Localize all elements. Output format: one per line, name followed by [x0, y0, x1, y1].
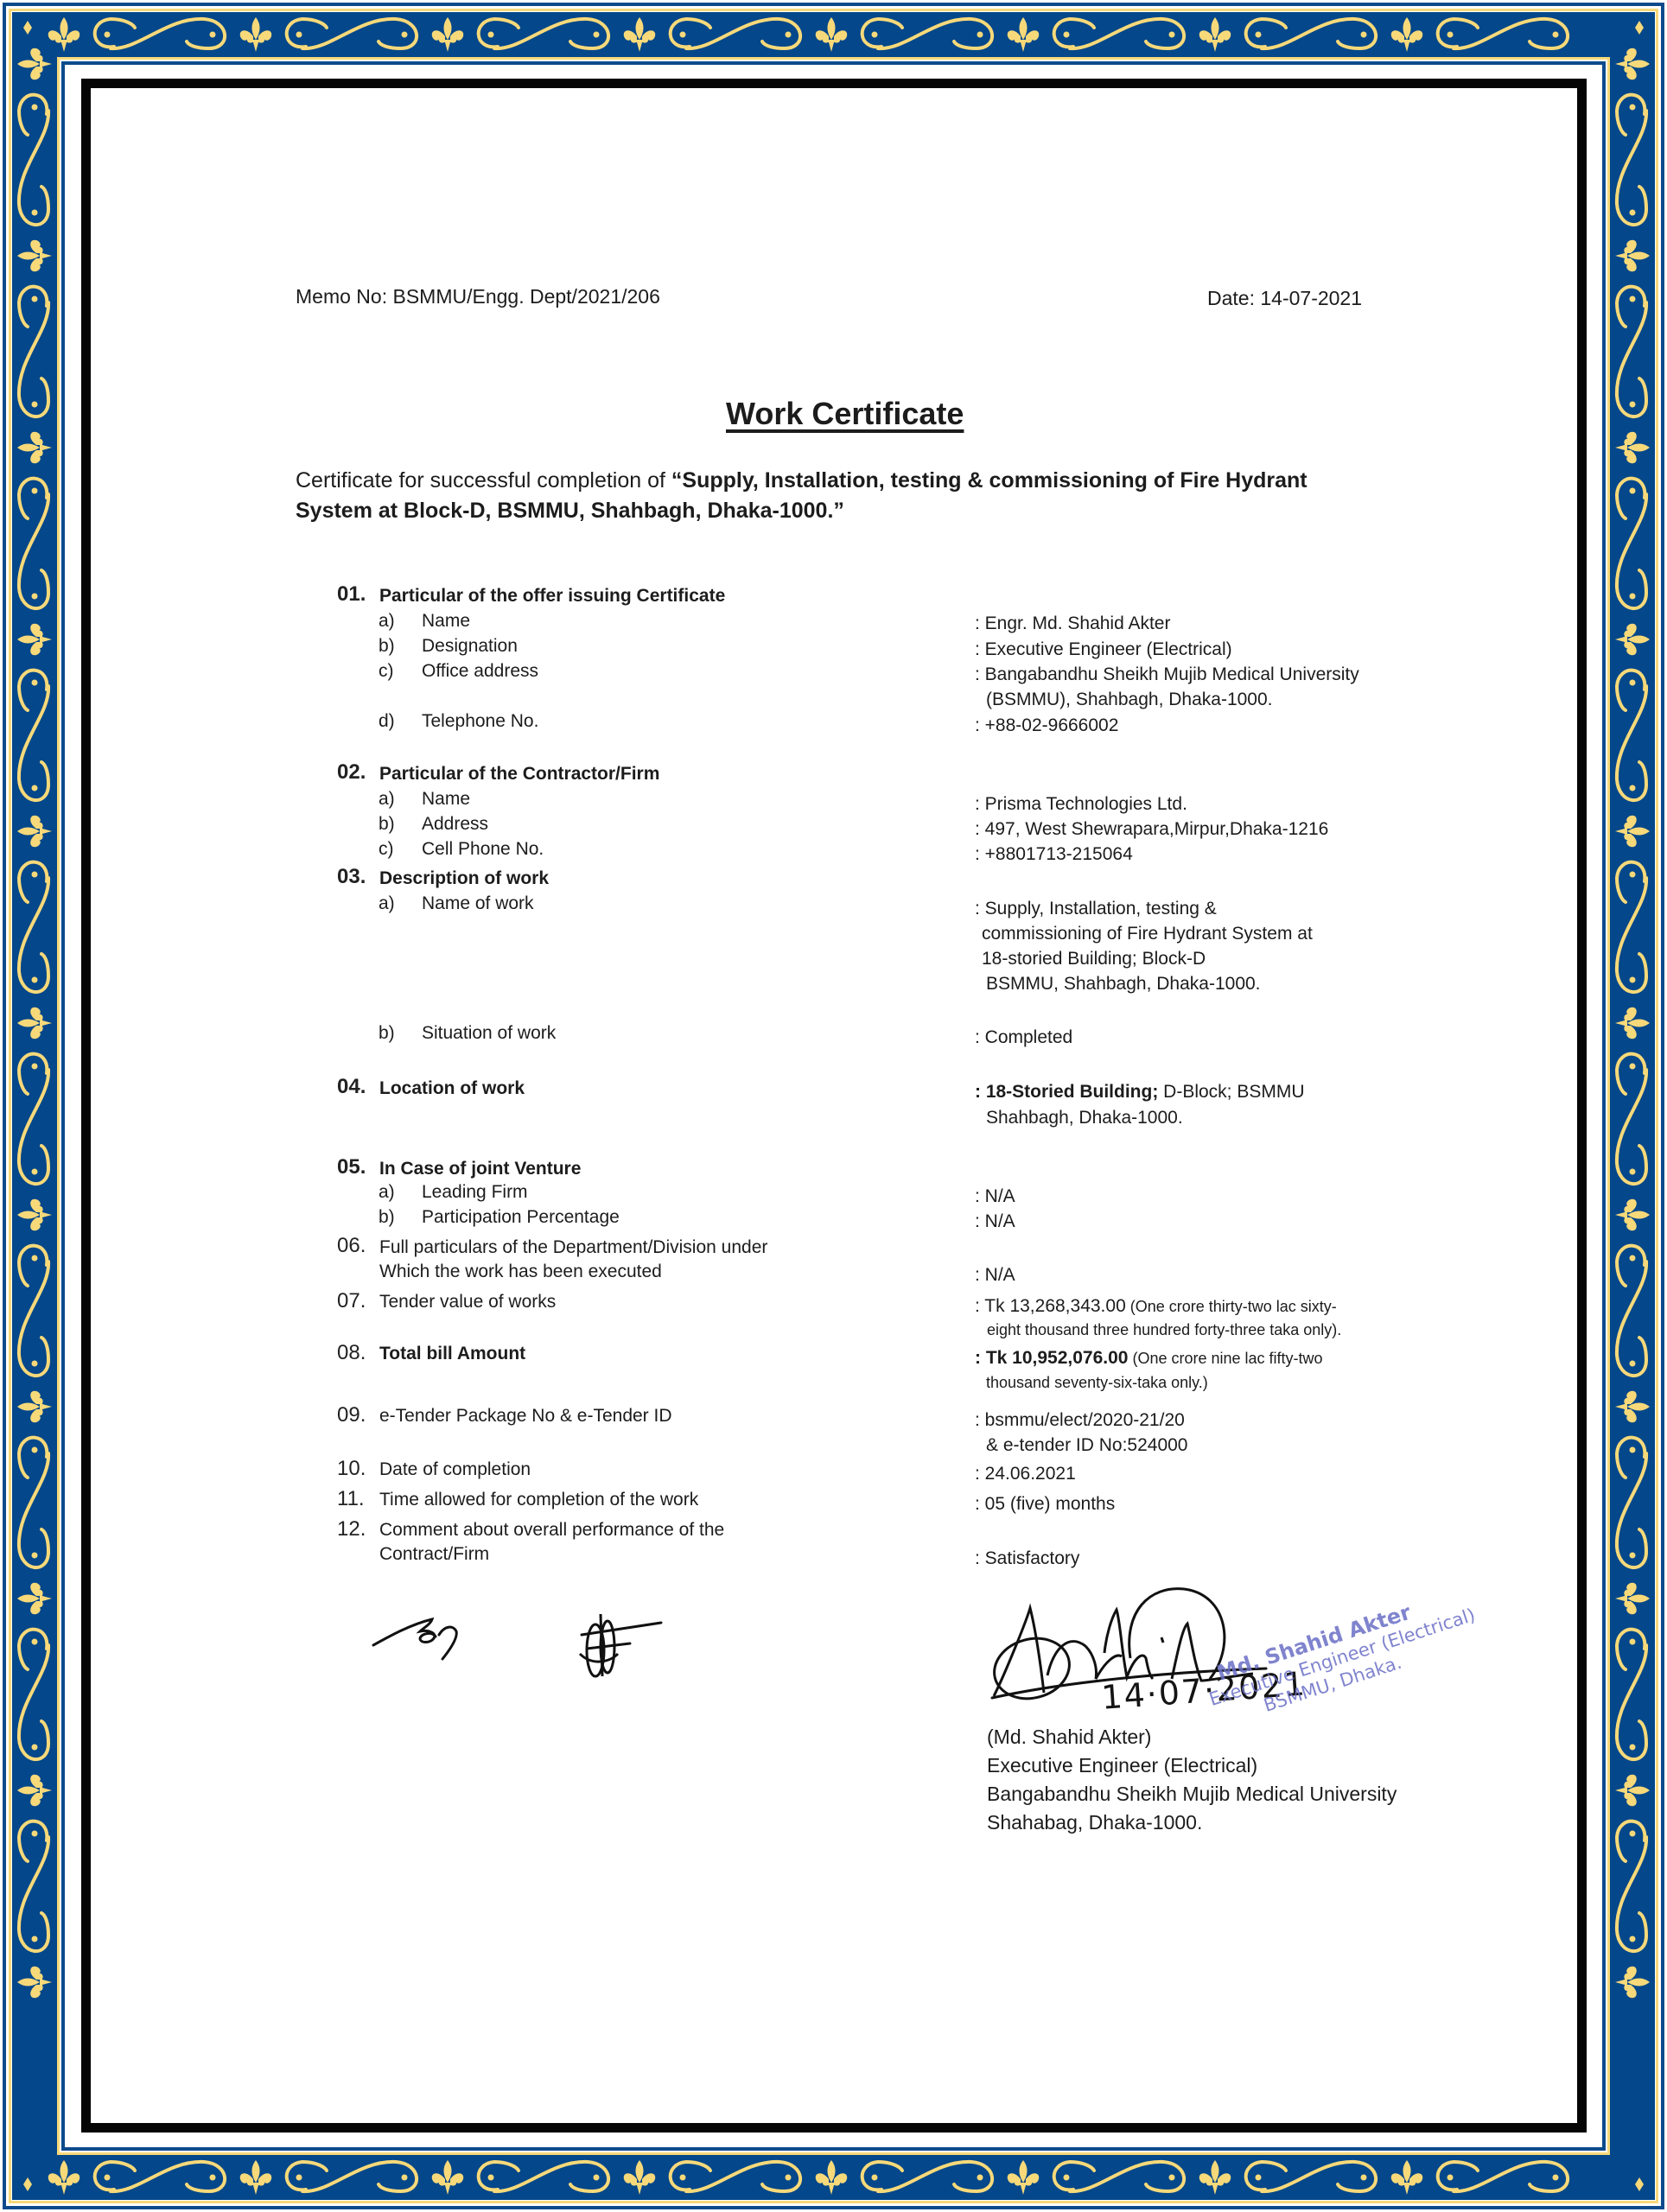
item-value: : Bangabandhu Sheikh Mujib Medical Unive… — [975, 664, 1359, 685]
item-value-continued: 18-storied Building; Block-D — [982, 949, 1206, 969]
item-label: Situation of work — [422, 1023, 556, 1044]
item-value: : +8801713-215064 — [975, 844, 1133, 865]
memo-number: Memo No: BSMMU/Engg. Dept/2021/206 — [296, 285, 660, 308]
tender-value: : Tk 13,268,343.00 (One crore thirty-two… — [975, 1296, 1337, 1317]
section-title: In Case of joint Venture — [379, 1159, 581, 1179]
item-label: Time allowed for completion of the work — [379, 1490, 698, 1510]
section-number: 06. — [337, 1234, 366, 1258]
item-value: : 497, West Shewrapara,Mirpur,Dhaka-1216 — [975, 819, 1328, 840]
item-label: Telephone No. — [422, 711, 538, 732]
item-letter: b) — [379, 1023, 395, 1044]
section-title: Total bill Amount — [379, 1344, 525, 1364]
item-label: Designation — [422, 636, 518, 657]
item-value-continued: (BSMMU), Shahbagh, Dhaka-1000. — [986, 690, 1273, 710]
item-value: : N/A — [975, 1186, 1015, 1207]
item-label: Date of completion — [379, 1459, 531, 1480]
item-label: Office address — [422, 661, 538, 682]
item-label: Cell Phone No. — [422, 839, 544, 860]
intro-prefix: Certificate for successful completion of — [296, 468, 671, 493]
item-letter: a) — [379, 611, 395, 632]
item-value-continued: commissioning of Fire Hydrant System at — [982, 924, 1313, 944]
initials-signature-2 — [575, 1605, 670, 1683]
bill-value: : Tk 10,952,076.00 (One crore nine lac f… — [975, 1348, 1323, 1369]
section-number: 08. — [337, 1341, 366, 1365]
section-number: 05. — [337, 1155, 366, 1179]
item-letter: c) — [379, 839, 394, 860]
item-letter: a) — [379, 789, 395, 810]
item-label: Name of work — [422, 893, 534, 914]
bill-amount-words-continued: thousand seventy-six-taka only.) — [986, 1374, 1208, 1391]
section-number: 03. — [337, 865, 366, 889]
section-number: 09. — [337, 1403, 366, 1427]
section-number: 02. — [337, 760, 366, 785]
section-number: 07. — [337, 1289, 366, 1313]
item-label: Participation Percentage — [422, 1207, 620, 1228]
item-value: : 18-Storied Building; D-Block; BSMMU — [975, 1082, 1305, 1103]
item-value: : Satisfactory — [975, 1548, 1079, 1569]
item-value: : Prisma Technologies Ltd. — [975, 794, 1187, 815]
section-number: 10. — [337, 1457, 366, 1481]
item-letter: c) — [379, 661, 394, 682]
item-value-continued: Shahbagh, Dhaka-1000. — [986, 1108, 1183, 1128]
item-value: : +88-02-9666002 — [975, 715, 1118, 736]
location-rest: D-Block; BSMMU — [1158, 1082, 1304, 1102]
item-value: : 05 (five) months — [975, 1494, 1115, 1515]
section-title: Particular of the Contractor/Firm — [379, 764, 659, 785]
intro-line-2: System at Block-D, BSMMU, Shahbagh, Dhak… — [296, 499, 844, 524]
location-bold: : 18-Storied Building; — [975, 1082, 1158, 1102]
section-number: 12. — [337, 1517, 366, 1541]
item-value: : 24.06.2021 — [975, 1464, 1076, 1484]
item-value: : N/A — [975, 1265, 1015, 1286]
item-value-continued: BSMMU, Shahbagh, Dhaka-1000. — [986, 974, 1261, 995]
section-number: 04. — [337, 1075, 366, 1099]
intro-line-1: Certificate for successful completion of… — [296, 468, 1308, 493]
item-value-continued: eight thousand three hundred forty-three… — [987, 1319, 1341, 1340]
item-label: Name — [422, 789, 470, 810]
signatory-name: (Md. Shahid Akter) — [987, 1726, 1151, 1749]
item-label: Tender value of works — [379, 1292, 556, 1313]
item-label: Full particulars of the Department/Divis… — [379, 1237, 767, 1258]
intro-project-title: “Supply, Installation, testing & commiss… — [671, 468, 1308, 493]
tender-amount-words-continued: eight thousand three hundred forty-three… — [987, 1321, 1341, 1338]
black-frame — [81, 79, 1587, 2133]
item-value-continued: & e-tender ID No:524000 — [986, 1435, 1187, 1456]
item-label: Name — [422, 611, 470, 632]
page-title: Work Certificate — [726, 396, 964, 432]
item-letter: b) — [379, 814, 395, 835]
item-value-continued: thousand seventy-six-taka only.) — [986, 1372, 1208, 1393]
section-number: 11. — [337, 1487, 365, 1511]
bill-amount: : Tk 10,952,076.00 — [975, 1348, 1128, 1368]
item-label: Leading Firm — [422, 1182, 528, 1203]
signatory-organization: Bangabandhu Sheikh Mujib Medical Univers… — [987, 1783, 1397, 1806]
initials-signature-1 — [363, 1607, 484, 1668]
item-label-continued: Which the work has been executed — [379, 1262, 662, 1282]
item-value: : bsmmu/elect/2020-21/20 — [975, 1410, 1185, 1431]
item-value: : Supply, Installation, testing & — [975, 899, 1217, 919]
item-value: : N/A — [975, 1211, 1015, 1232]
item-letter: d) — [379, 711, 395, 732]
section-title: Particular of the offer issuing Certific… — [379, 586, 725, 607]
bill-amount-words: (One crore nine lac fifty-two — [1128, 1350, 1322, 1367]
item-label-continued: Contract/Firm — [379, 1544, 489, 1565]
signatory-address: Shahabag, Dhaka-1000. — [987, 1811, 1202, 1834]
document-date: Date: 14-07-2021 — [1207, 287, 1362, 310]
tender-amount: : Tk 13,268,343.00 — [975, 1296, 1126, 1316]
item-value: : Engr. Md. Shahid Akter — [975, 613, 1170, 634]
item-letter: b) — [379, 1207, 395, 1228]
section-title: Description of work — [379, 868, 549, 889]
item-letter: a) — [379, 893, 395, 914]
intro-project-location: System at Block-D, BSMMU, Shahbagh, Dhak… — [296, 499, 844, 523]
section-title: Location of work — [379, 1078, 525, 1099]
item-label: Address — [422, 814, 488, 835]
section-number: 01. — [337, 582, 366, 607]
item-label: e-Tender Package No & e-Tender ID — [379, 1406, 672, 1427]
item-label: Comment about overall performance of the — [379, 1520, 724, 1541]
item-letter: a) — [379, 1182, 395, 1203]
item-value: : Completed — [975, 1027, 1072, 1048]
item-value: : Executive Engineer (Electrical) — [975, 639, 1232, 660]
item-letter: b) — [379, 636, 395, 657]
tender-amount-words: (One crore thirty-two lac sixty- — [1126, 1298, 1337, 1315]
signatory-designation: Executive Engineer (Electrical) — [987, 1754, 1257, 1777]
